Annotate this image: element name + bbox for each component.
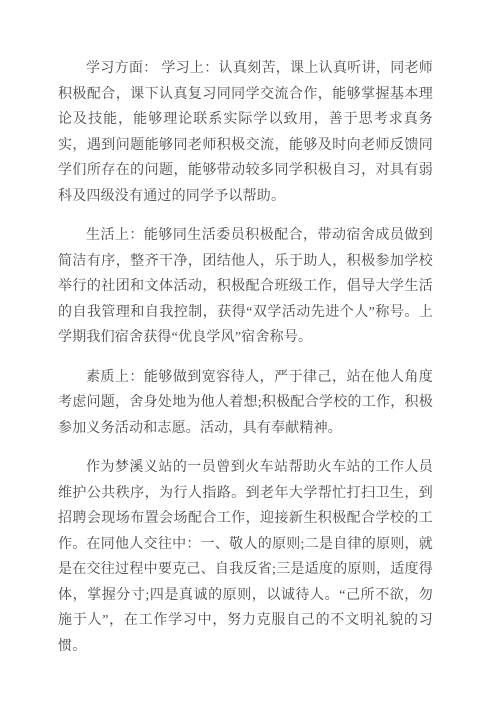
paragraph-study: 学习方面： 学习上：认真刻苦，课上认真听讲，同老师积极配合，课下认真复习同同学交… bbox=[58, 56, 433, 209]
paragraph-volunteer: 作为梦溪义站的一员曾到火车站帮助火车站的工作人员维护公共秩序，为行人指路。到老年… bbox=[58, 455, 433, 659]
paragraph-quality: 素质上：能够做到宽容待人，严于律己，站在他人角度考虑问题，舍身处地为他人着想;积… bbox=[58, 365, 433, 442]
document-body: 学习方面： 学习上：认真刻苦，课上认真听讲，同老师积极配合，课下认真复习同同学交… bbox=[58, 56, 433, 659]
document-page: 学习方面： 学习上：认真刻苦，课上认真听讲，同老师积极配合，课下认真复习同同学交… bbox=[0, 0, 500, 708]
paragraph-life: 生活上：能够同生活委员积极配合，带动宿舍成员做到简洁有序，整齐干净，团结他人，乐… bbox=[58, 223, 433, 351]
